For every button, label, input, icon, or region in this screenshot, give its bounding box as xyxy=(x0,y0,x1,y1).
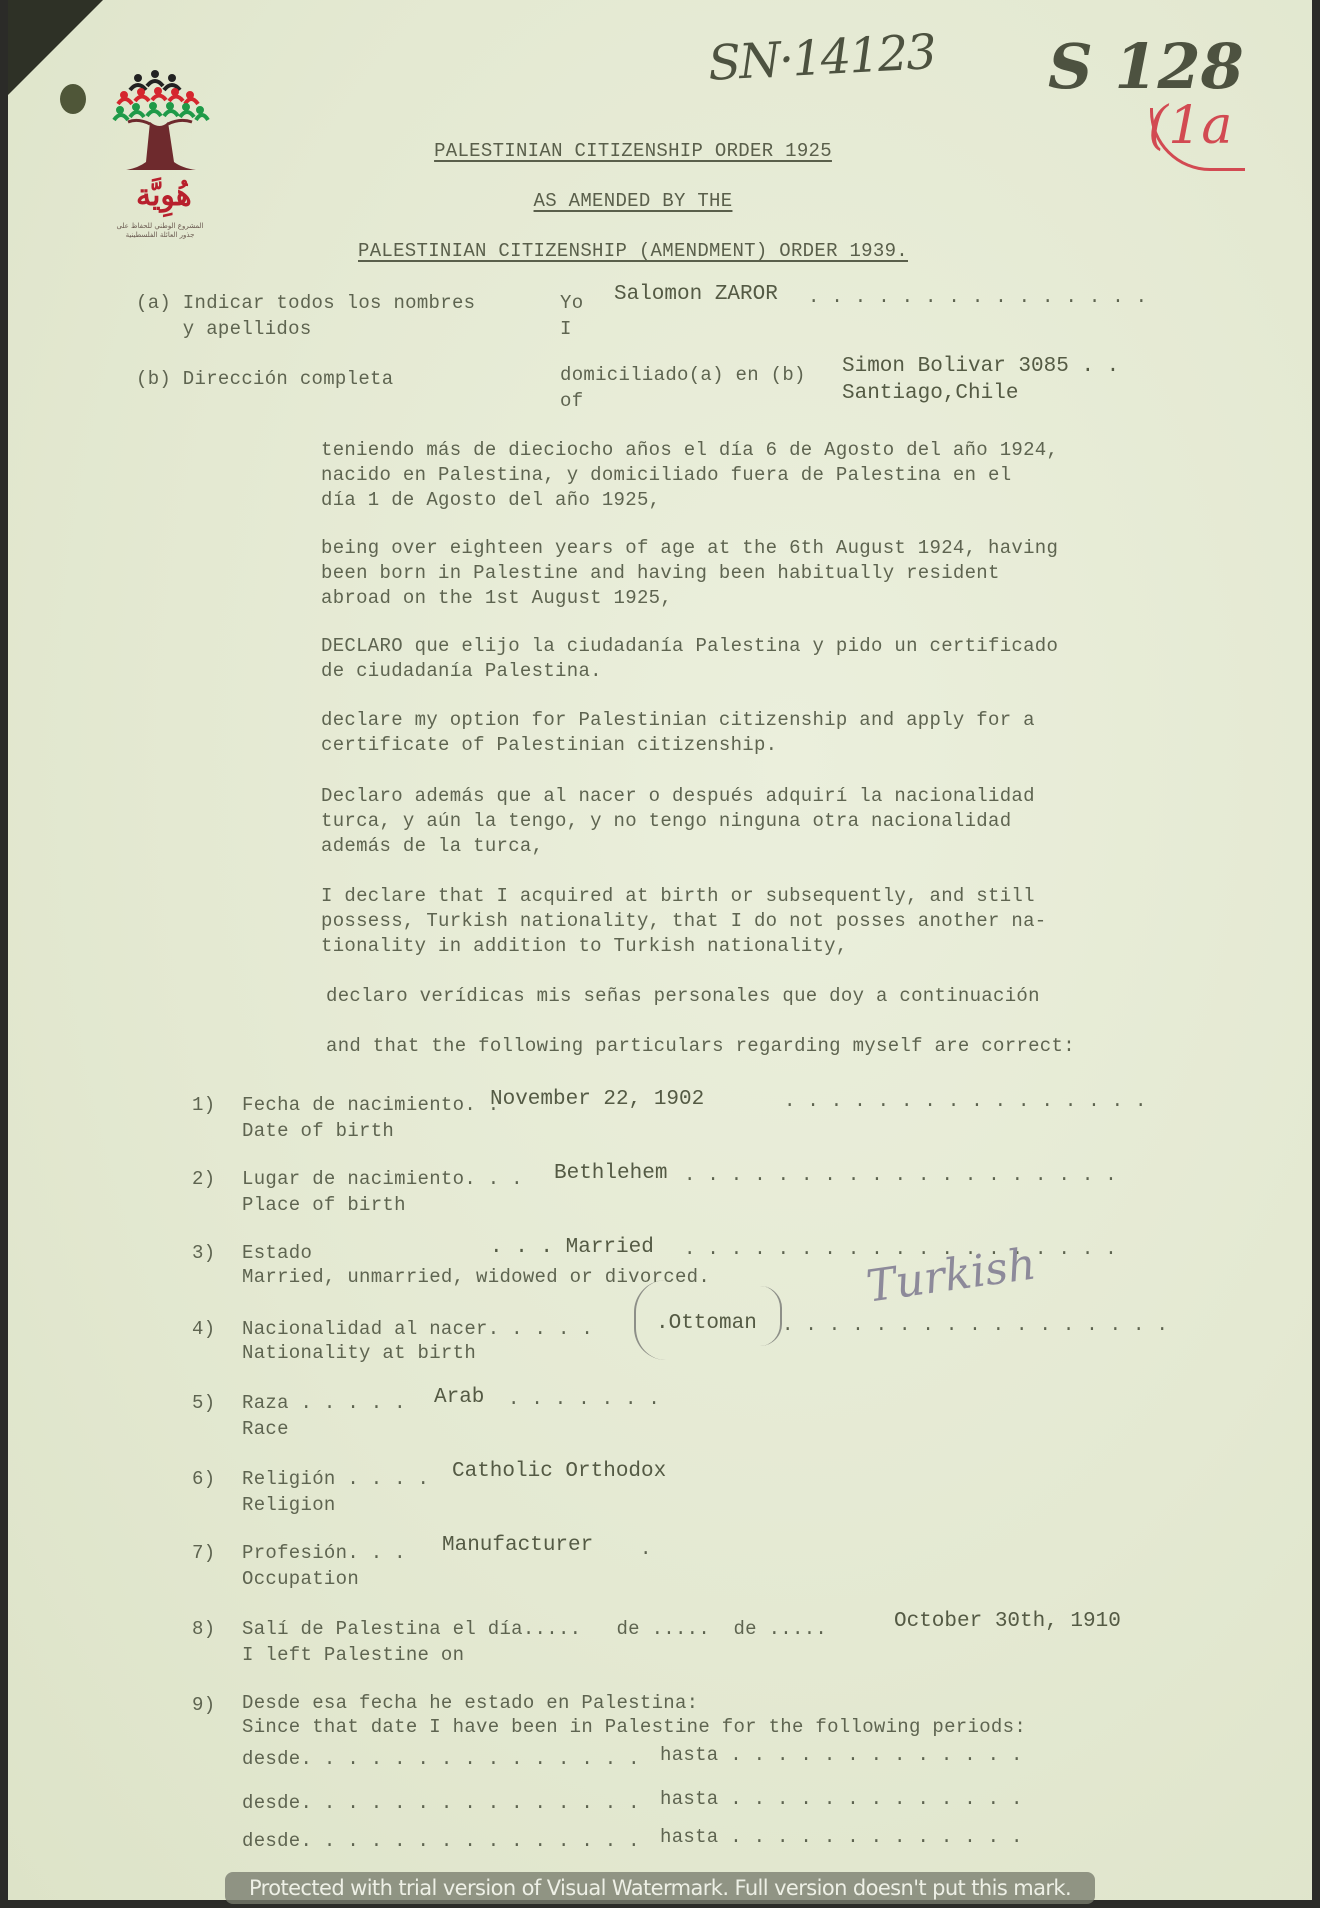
item-number: 6) xyxy=(192,1468,215,1490)
heading-amended-by: AS AMENDED BY THE xyxy=(8,190,1258,212)
paragraph-declare-en: declare my option for Palestinian citize… xyxy=(321,708,1141,758)
item-label-en: Occupation xyxy=(242,1568,359,1590)
address-label: (b) Dirección completa xyxy=(136,368,393,390)
item-label-es: Religión . . . . xyxy=(242,1468,429,1490)
item-number: 5) xyxy=(192,1392,215,1414)
item-value: Catholic Orthodox xyxy=(452,1460,666,1483)
period-to-2: hasta . . . . . . . . . . . . . xyxy=(660,1788,1023,1810)
item-label-es: Profesión. . . xyxy=(242,1542,406,1564)
paragraph-age-en: being over eighteen years of age at the … xyxy=(321,536,1141,611)
item-label-en: Place of birth xyxy=(242,1194,406,1216)
item-label-es: Desde esa fecha he estado en Palestina: xyxy=(242,1692,698,1714)
item-label-es: Fecha de nacimiento. . xyxy=(242,1094,499,1116)
paragraph-particulars-en: and that the following particulars regar… xyxy=(326,1034,1146,1059)
item-dots: . . . . . . . . . . . . . . . . xyxy=(784,1090,1147,1112)
item-dots: . . . . . . . . . . . . . . . . . xyxy=(782,1314,1168,1336)
name-label-es-2: y apellidos xyxy=(136,318,312,340)
item-number: 3) xyxy=(192,1242,215,1264)
item-label-en: I left Palestine on xyxy=(242,1644,464,1666)
item-label-en: Nationality at birth xyxy=(242,1342,476,1364)
address-prefix-es: domiciliado(a) en (b) xyxy=(560,364,806,386)
item-number: 2) xyxy=(192,1168,215,1190)
address-prefix-en: of xyxy=(560,390,583,412)
period-to-3: hasta . . . . . . . . . . . . . xyxy=(660,1826,1023,1848)
paragraph-particulars-es: declaro verídicas mis señas personales q… xyxy=(326,984,1146,1009)
item-label-es: Salí de Palestina el día..... de ..... d… xyxy=(242,1618,827,1640)
item-value: .Ottoman xyxy=(656,1312,757,1335)
item-label-en: Date of birth xyxy=(242,1120,394,1142)
heading-order-1925: PALESTINIAN CITIZENSHIP ORDER 1925 xyxy=(8,140,1258,162)
name-value: Salomon ZAROR xyxy=(614,283,778,306)
address-value-line-2: Santiago,Chile xyxy=(842,382,1018,405)
item-value: . . . Married xyxy=(490,1236,654,1259)
folded-corner xyxy=(8,0,103,95)
logo-subtitle: المشروع الوطني للحفاظ على جذور العائلة ا… xyxy=(112,222,208,240)
item-value: October 30th, 1910 xyxy=(894,1610,1121,1633)
name-prefix-es: Yo xyxy=(560,292,583,314)
name-prefix-en: I xyxy=(560,318,572,340)
item-label-es: Raza . . . . . xyxy=(242,1392,406,1414)
item-number: 1) xyxy=(192,1094,215,1116)
name-label-es: (a) Indicar todos los nombres xyxy=(136,292,475,314)
item-number: 4) xyxy=(192,1318,215,1340)
item-label-es: Lugar de nacimiento. . . xyxy=(242,1168,523,1190)
item-value: November 22, 1902 xyxy=(490,1088,704,1111)
watermark-banner: Protected with trial version of Visual W… xyxy=(225,1872,1095,1904)
paragraph-nationality-en: I declare that I acquired at birth or su… xyxy=(321,884,1141,959)
item-number: 9) xyxy=(192,1694,215,1716)
item-number: 8) xyxy=(192,1618,215,1640)
period-to-1: hasta . . . . . . . . . . . . . xyxy=(660,1744,1023,1766)
pencil-bracket-left xyxy=(634,1280,666,1360)
item-value: Bethlehem xyxy=(554,1162,667,1185)
logo-subtitle-line-2: جذور العائلة الفلسطينية xyxy=(112,231,208,240)
item-label-en: Religion xyxy=(242,1494,336,1516)
item-dots: . . . . . . . xyxy=(508,1388,660,1410)
item-label-es: Nacionalidad al nacer. . . . . xyxy=(242,1318,593,1340)
item-value: Arab xyxy=(434,1386,484,1409)
address-value-line-1: Simon Bolivar 3085 . . xyxy=(842,355,1119,378)
item-dots: . xyxy=(640,1538,652,1560)
name-dots: . . . . . . . . . . . . . . . xyxy=(808,286,1147,308)
file-reference-handwritten: S 128 xyxy=(1048,30,1244,103)
heading-amendment-1939: PALESTINIAN CITIZENSHIP (AMENDMENT) ORDE… xyxy=(8,240,1258,262)
item-label-en: Since that date I have been in Palestine… xyxy=(242,1716,1026,1738)
pencil-bracket-right xyxy=(760,1286,782,1346)
paragraph-age-es: teniendo más de dieciocho años el día 6 … xyxy=(321,438,1141,513)
paragraph-declare-es: DECLARO que elijo la ciudadanía Palestin… xyxy=(321,634,1141,684)
item-label-en: Married, unmarried, widowed or divorced. xyxy=(242,1266,710,1288)
logo-subtitle-line-1: المشروع الوطني للحفاظ على xyxy=(112,222,208,231)
item-number: 7) xyxy=(192,1542,215,1564)
item-dots: . . . . . . . . . . . . . . . . . . . xyxy=(684,1164,1117,1186)
period-from-3: desde. . . . . . . . . . . . . . . xyxy=(242,1830,640,1852)
item-value: Manufacturer xyxy=(442,1534,593,1557)
document-page: هُوِيَّة المشروع الوطني للحفاظ على جذور … xyxy=(8,0,1312,1900)
paragraph-nationality-es: Declaro además que al nacer o después ad… xyxy=(321,784,1141,859)
punch-hole xyxy=(60,84,86,114)
serial-number-handwritten: SN·14123 xyxy=(707,24,936,92)
item-label-es: Estado xyxy=(242,1242,312,1264)
period-from-2: desde. . . . . . . . . . . . . . . xyxy=(242,1792,640,1814)
item-label-en: Race xyxy=(242,1418,289,1440)
period-from-1: desde. . . . . . . . . . . . . . . xyxy=(242,1748,640,1770)
